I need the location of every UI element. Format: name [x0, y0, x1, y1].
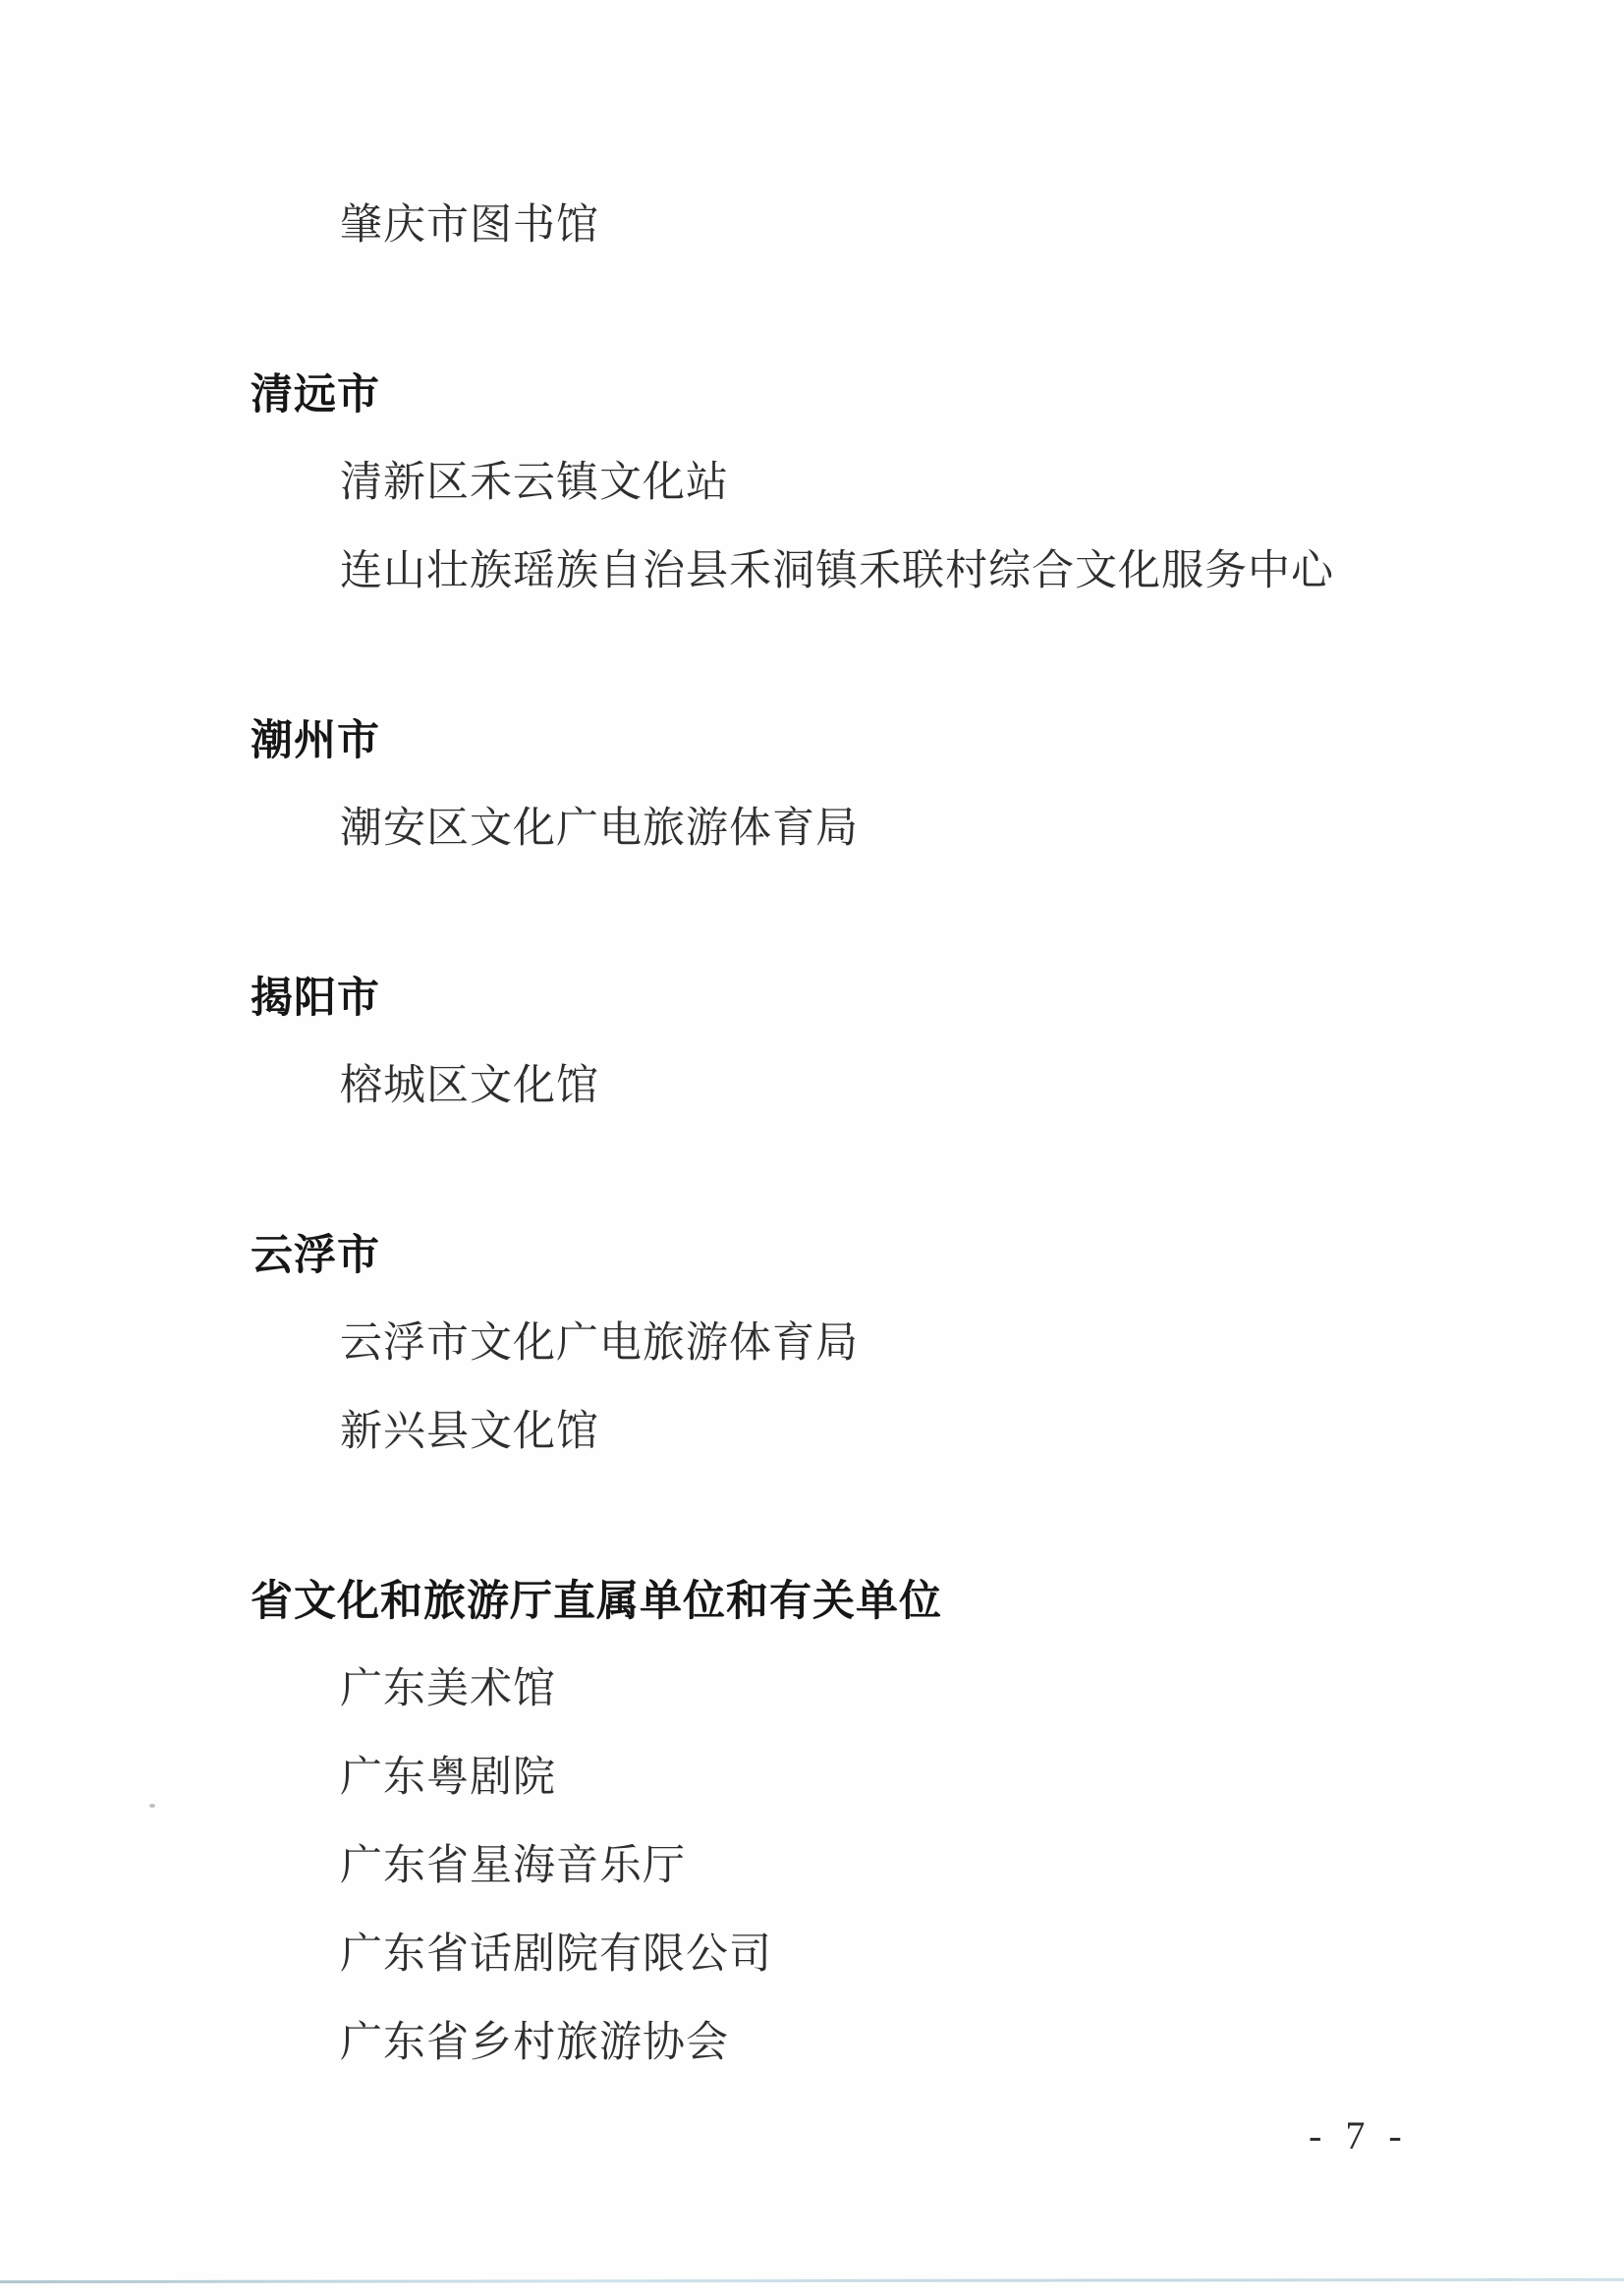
org-item: 广东省星海音乐厅: [340, 1842, 1624, 1891]
section-heading: 省文化和旅游厅直属单位和有关单位: [251, 1577, 1624, 1626]
org-item: 广东美术馆: [340, 1665, 1624, 1714]
org-item: 云浮市文化广电旅游体育局: [340, 1319, 1624, 1369]
document-page: 肇庆市图书馆 清远市 清新区禾云镇文化站 连山壮族瑶族自治县禾洞镇禾联村综合文化…: [0, 0, 1624, 2295]
org-item: 广东省话剧院有限公司: [340, 1931, 1624, 1980]
org-item: 连山壮族瑶族自治县禾洞镇禾联村综合文化服务中心: [340, 547, 1624, 596]
page-number: - 7 -: [1309, 2112, 1409, 2158]
scan-edge-artifact: [0, 2278, 1624, 2283]
section-heading: 清远市: [251, 370, 1624, 420]
org-item: 广东省乡村旅游协会: [340, 2019, 1624, 2068]
section-heading: 云浮市: [251, 1231, 1624, 1280]
section-heading: 揭阳市: [251, 974, 1624, 1023]
org-item: 广东粤剧院: [340, 1754, 1624, 1803]
org-item: 清新区禾云镇文化站: [340, 459, 1624, 508]
org-item: 肇庆市图书馆: [340, 201, 1624, 251]
scan-speck: [149, 1804, 155, 1808]
document-body: 肇庆市图书馆 清远市 清新区禾云镇文化站 连山壮族瑶族自治县禾洞镇禾联村综合文化…: [0, 0, 1624, 2068]
org-item: 潮安区文化广电旅游体育局: [340, 805, 1624, 854]
section-heading: 潮州市: [251, 716, 1624, 765]
org-item: 新兴县文化馆: [340, 1408, 1624, 1457]
org-item: 榕城区文化馆: [340, 1062, 1624, 1111]
